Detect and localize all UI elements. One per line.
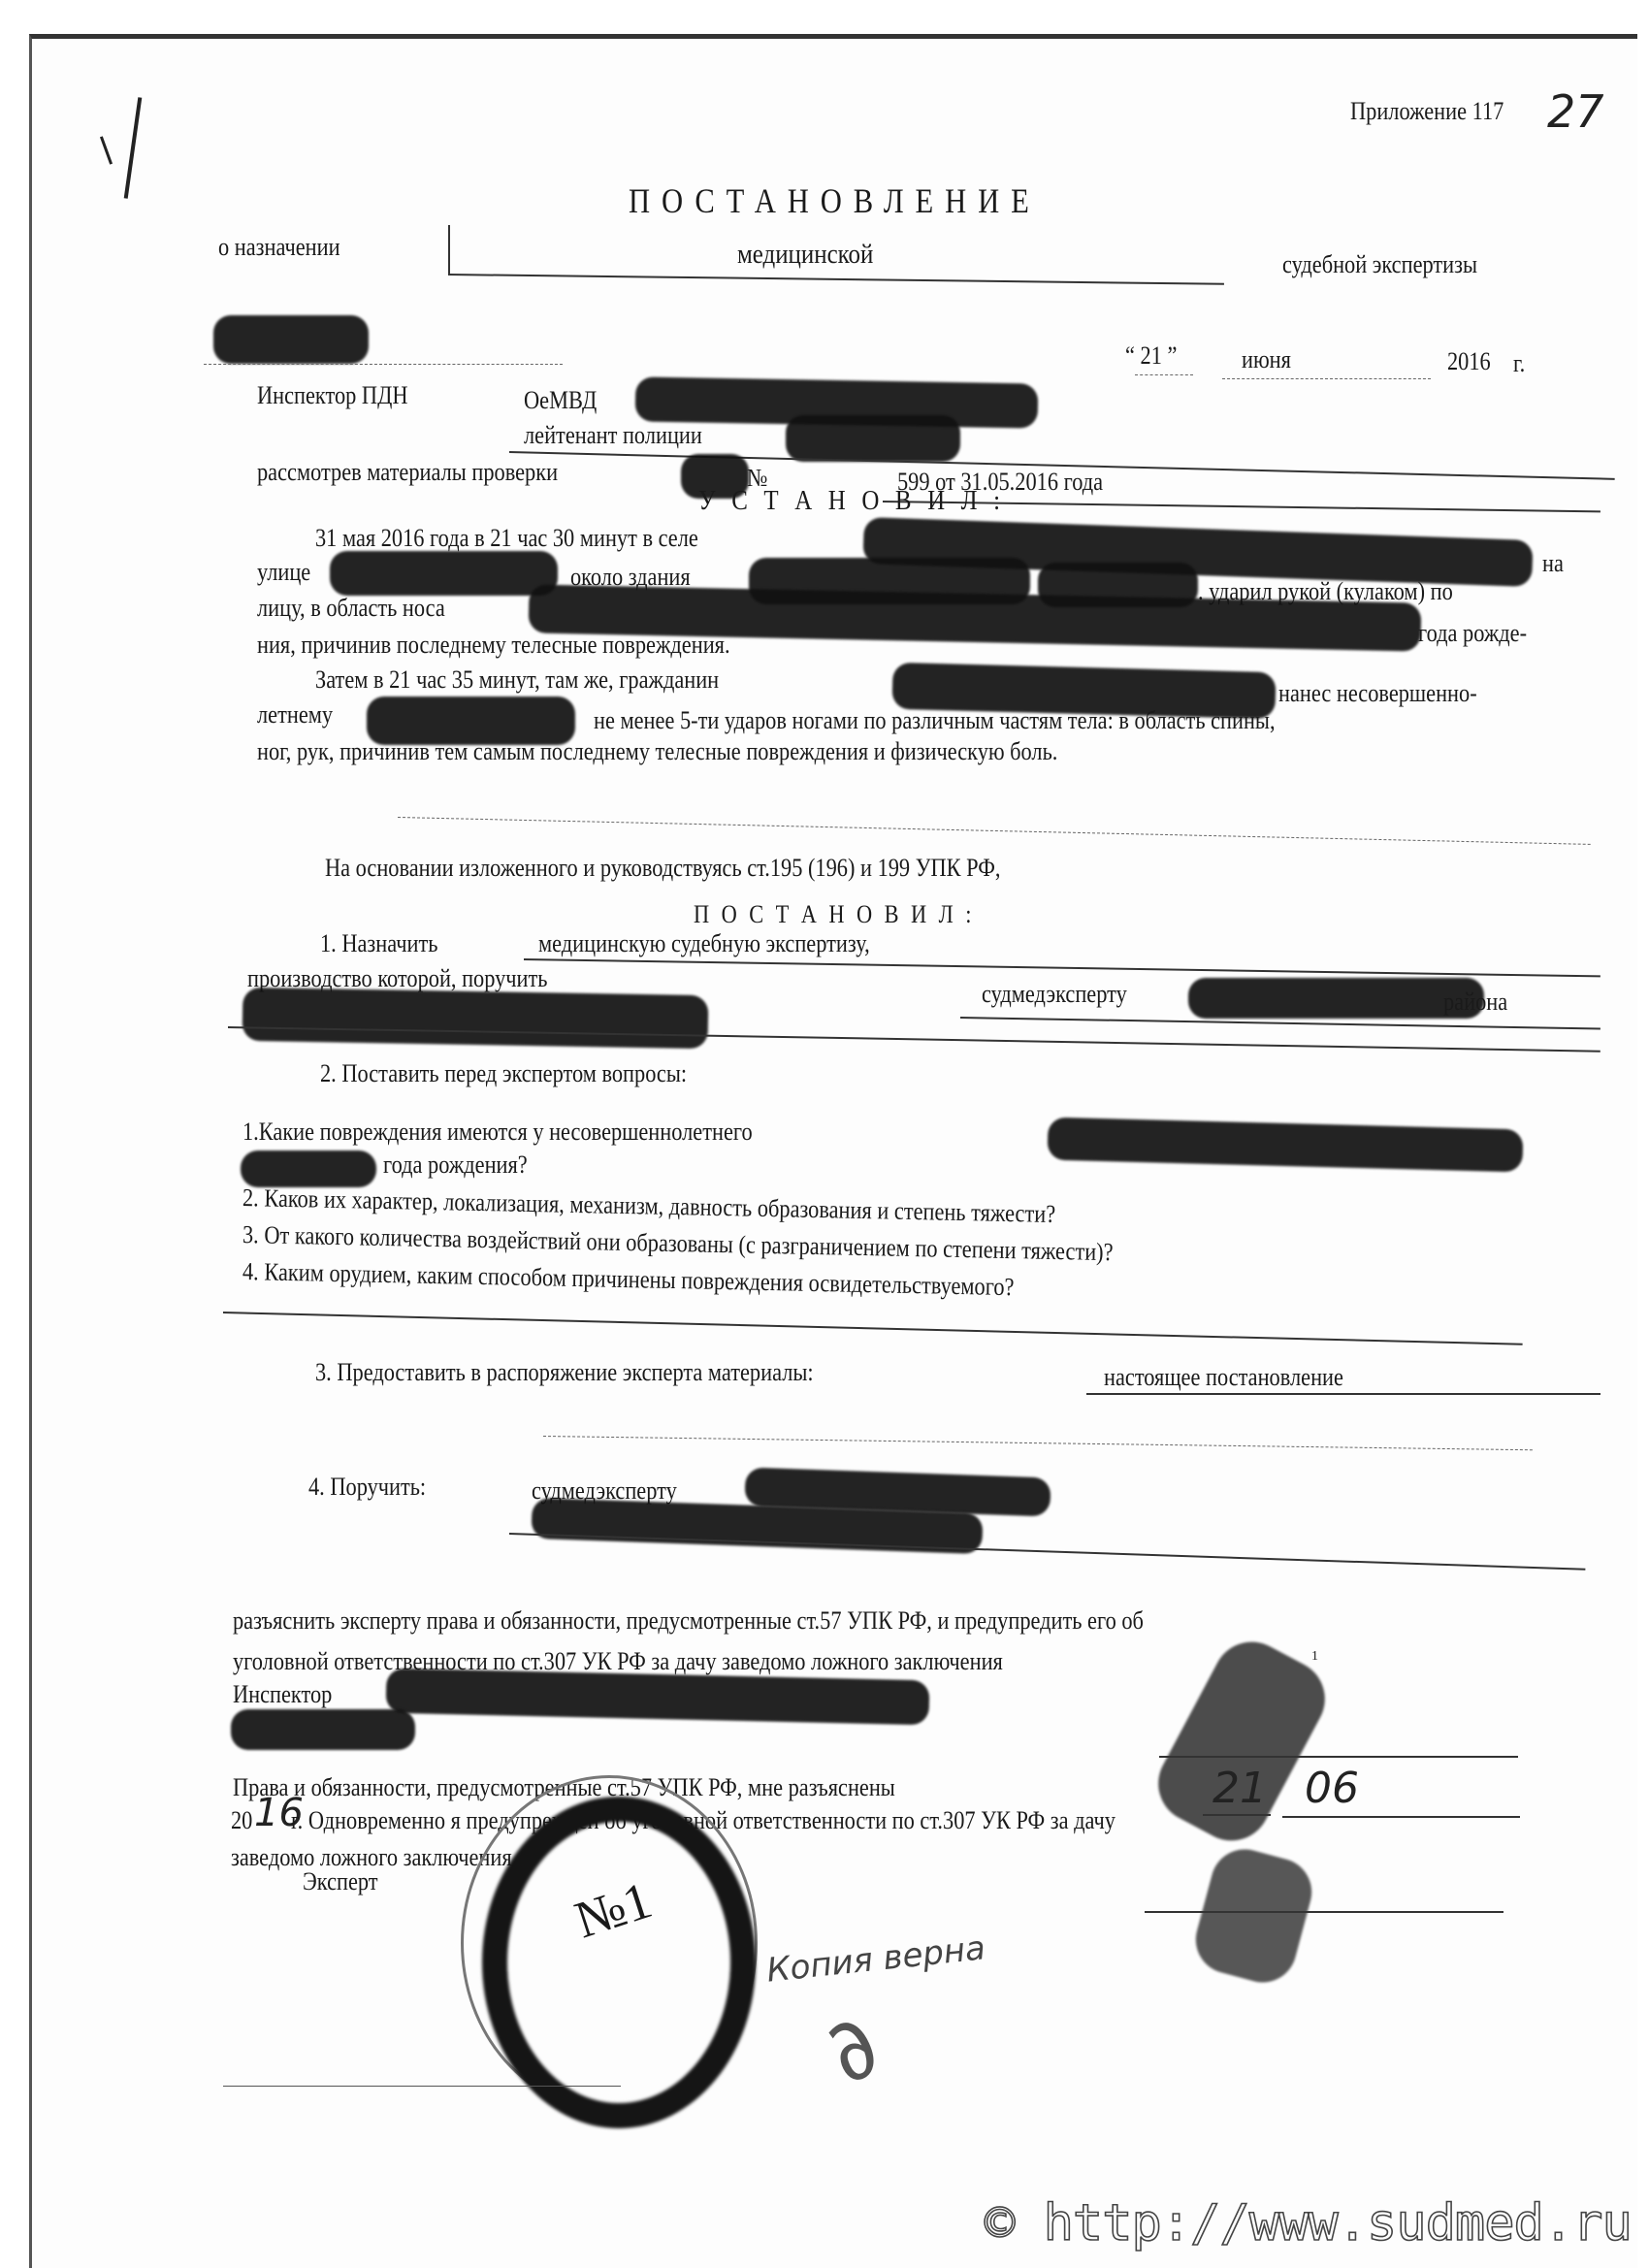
date-year: 2016 xyxy=(1447,347,1491,376)
text-line: улице xyxy=(257,558,310,587)
text-line: на xyxy=(1542,549,1564,578)
date-month: июня xyxy=(1242,345,1291,374)
item1-label: 1. Назначить xyxy=(320,929,437,958)
subtitle-suffix: судебной экспертизы xyxy=(1282,250,1477,279)
redacted-birthdate xyxy=(241,1150,376,1187)
explain-line-2: уголовной ответственности по ст.307 УК Р… xyxy=(233,1647,1003,1676)
form-bracket xyxy=(448,225,450,274)
ack-month: 06 xyxy=(1305,1764,1359,1813)
item3-value: настоящее постановление xyxy=(1104,1363,1343,1392)
redacted-place xyxy=(213,315,369,364)
document-title: ПОСТАНОВЛЕНИЕ xyxy=(629,180,1041,221)
text-line: лицу, в область носа xyxy=(257,594,445,623)
author-rank: лейтенант полиции xyxy=(524,421,702,450)
established-heading: У С Т А Н О В И Л : xyxy=(698,485,1005,517)
expertise-type: медицинской xyxy=(737,239,873,271)
text-line: нанес несовершенно- xyxy=(1278,679,1477,708)
signature-line xyxy=(1159,1756,1518,1758)
subtitle-prefix: о назначении xyxy=(218,233,340,262)
legal-basis: На основании изложенного и руководствуяс… xyxy=(325,854,1000,883)
ack-day: 21 xyxy=(1212,1764,1267,1813)
text-line: ния, причинив последнему телесные повреж… xyxy=(257,631,730,660)
question-1: 1.Какие повреждения имеются у несовершен… xyxy=(242,1118,753,1147)
redacted-author-name xyxy=(786,415,960,462)
text-line: летнему xyxy=(257,700,333,729)
redacted-district xyxy=(1188,978,1484,1019)
item2-label: 2. Поставить перед экспертом вопросы: xyxy=(320,1059,687,1088)
page-number-handwritten: 27 xyxy=(1547,85,1604,138)
footnote-mark: 1 xyxy=(1311,1649,1318,1665)
underline xyxy=(1282,1816,1520,1818)
signature-line xyxy=(1145,1911,1503,1913)
materials-prefix: рассмотрев материалы проверки xyxy=(257,458,558,487)
item1-assignee-suffix: района xyxy=(1443,988,1507,1017)
resolved-heading: П О С Т А Н О В И Л : xyxy=(694,900,975,929)
author-position: Инспектор ПДН xyxy=(257,381,407,410)
underline xyxy=(204,364,563,365)
question-1-cont: года рождения? xyxy=(383,1150,528,1180)
item3-label: 3. Предоставить в распоряжение эксперта … xyxy=(315,1358,814,1387)
text-line: года рожде- xyxy=(1418,619,1527,648)
date-year-suffix: г. xyxy=(1513,349,1525,378)
text-line: Затем в 21 час 35 минут, там же, граждан… xyxy=(315,665,719,695)
item1-value: медицинскую судебную экспертизу, xyxy=(538,929,870,958)
ack-year-prefix: 20 xyxy=(231,1806,252,1835)
redacted-signer-name xyxy=(231,1709,415,1750)
item1-assignee-prefix: судмедэксперту xyxy=(982,980,1127,1009)
redacted-expert-name xyxy=(242,988,709,1049)
redacted-street xyxy=(330,551,558,596)
author-department: ОеМВД xyxy=(524,386,597,415)
site-watermark: © http://www.sudmed.ru xyxy=(985,2194,1632,2252)
explain-line-1: разъяснить эксперту права и обязанности,… xyxy=(233,1606,1144,1636)
text-line: 31 мая 2016 года в 21 час 30 минут в сел… xyxy=(315,524,698,553)
appendix-label: Приложение 117 xyxy=(1350,97,1503,126)
underline xyxy=(1135,374,1193,375)
signature-line xyxy=(223,2086,621,2087)
underline xyxy=(1222,378,1431,379)
underline xyxy=(1203,1814,1271,1816)
text-line: ног, рук, причинив тем самым последнему … xyxy=(257,737,1057,766)
explain-signer: Инспектор xyxy=(233,1680,332,1709)
date-day: “ 21 ” xyxy=(1125,341,1177,371)
underline xyxy=(1086,1393,1600,1395)
item4-label: 4. Поручить: xyxy=(308,1473,426,1502)
expert-label: Эксперт xyxy=(303,1867,378,1896)
stamp-ring xyxy=(482,1797,756,2128)
text-line: не менее 5-ти ударов ногами по различным… xyxy=(594,706,1276,735)
